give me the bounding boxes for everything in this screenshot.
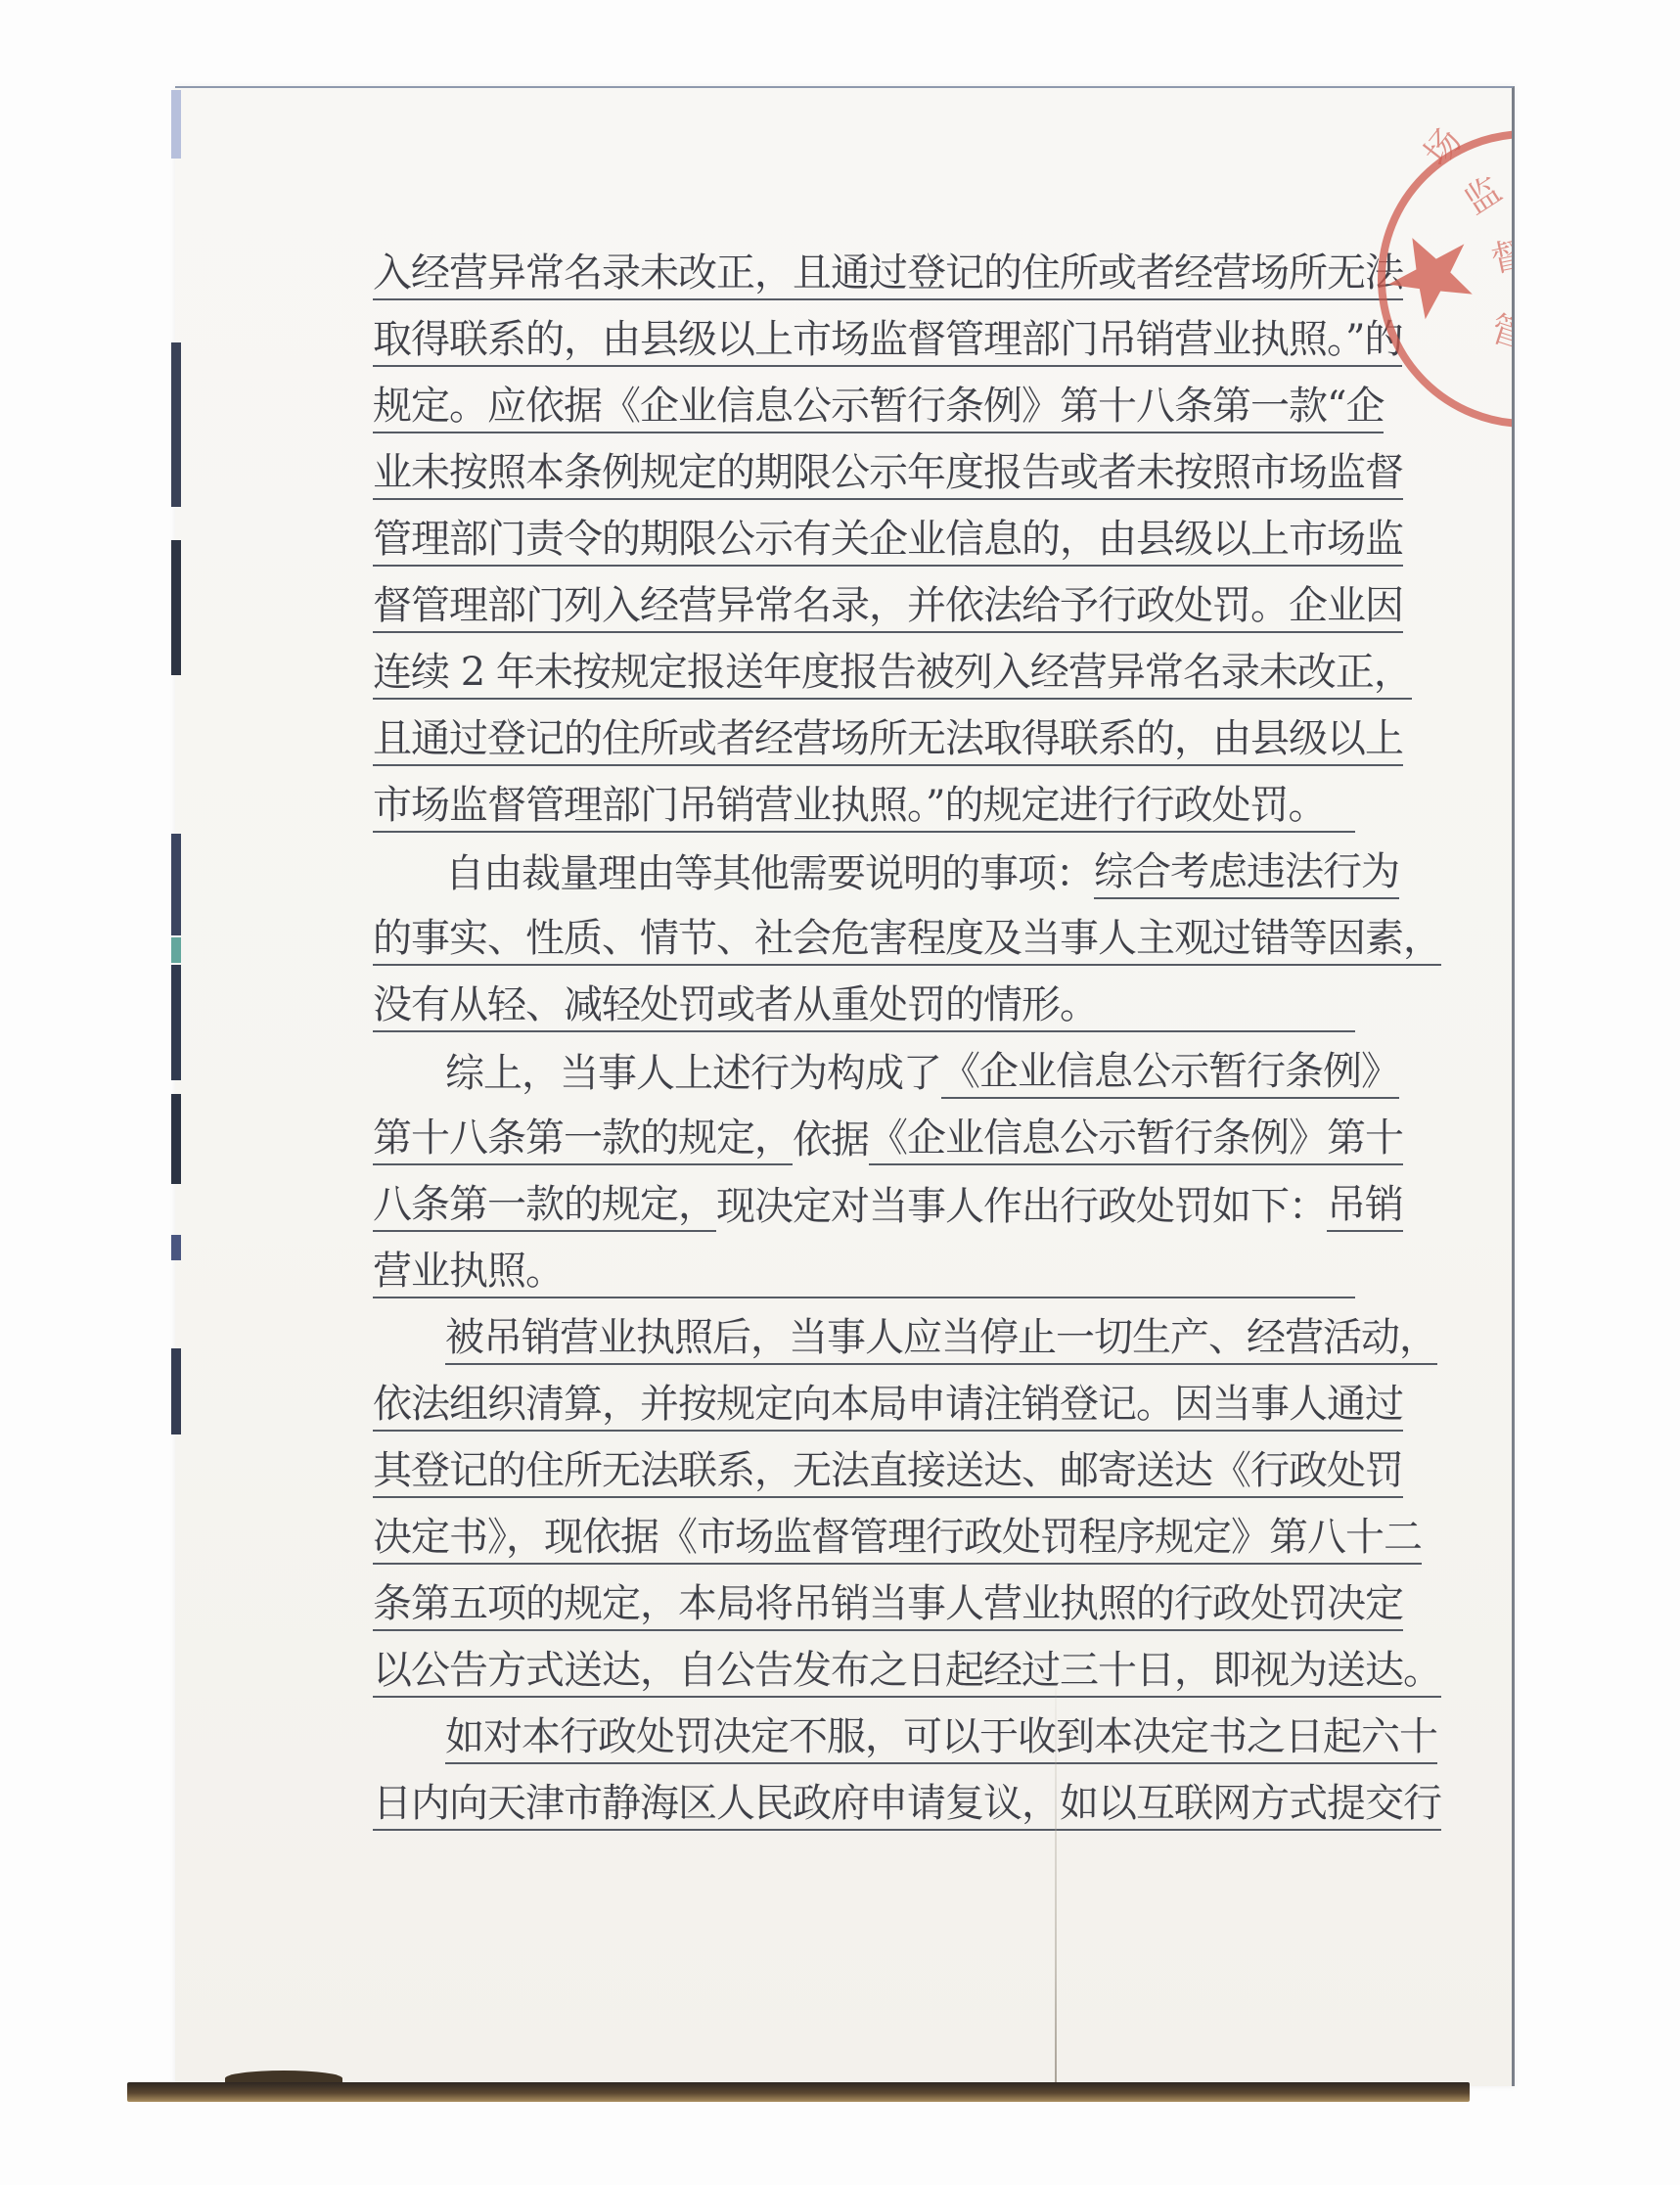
text-segment: 第十八条第一款的规定， bbox=[373, 1118, 793, 1165]
text-line: 的事实、性质、情节、社会危害程度及当事人主观过错等因素， bbox=[373, 899, 1355, 966]
text-line: 以公告方式送达，自公告发布之日起经过三十日，即视为送达。 bbox=[373, 1631, 1355, 1698]
text-segment: 依据 bbox=[793, 1120, 869, 1165]
text-segment: 入经营异常名录未改正，且通过登记的住所或者经营场所无法 bbox=[373, 253, 1403, 300]
text-line: 八条第一款的规定，现决定对当事人作出行政处罚如下：吊销 bbox=[373, 1165, 1355, 1232]
text-line: 第十八条第一款的规定，依据《企业信息公示暂行条例》第十 bbox=[373, 1099, 1355, 1165]
text-segment: 吊销 bbox=[1327, 1185, 1403, 1232]
paper-crease bbox=[1055, 1654, 1057, 2084]
text-segment: 决定书》，现依据《市场监督管理行政处罚程序规定》第八十二 bbox=[373, 1518, 1422, 1565]
text-line: 业未按照本条例规定的期限公示年度报告或者未按照市场监督 bbox=[373, 433, 1355, 500]
text-segment: 现决定对当事人作出行政处罚如下： bbox=[716, 1187, 1327, 1232]
official-red-seal: 场 监 督 管 bbox=[1339, 108, 1515, 440]
text-line: 综上，当事人上述行为构成了《企业信息公示暂行条例》 bbox=[373, 1032, 1355, 1099]
document-body: 入经营异常名录未改正，且通过登记的住所或者经营场所无法取得联系的，由县级以上市场… bbox=[373, 234, 1355, 1831]
seal-char: 督 bbox=[1487, 234, 1515, 281]
text-line: 没有从轻、减轻处罚或者从重处罚的情形。 bbox=[373, 966, 1355, 1032]
text-segment: 日内向天津市静海区人民政府申请复议，如以互联网方式提交行 bbox=[373, 1784, 1441, 1831]
seal-char: 场 bbox=[1417, 121, 1470, 174]
scan-edge-artifact bbox=[171, 965, 181, 1080]
text-segment: 八条第一款的规定， bbox=[373, 1185, 716, 1232]
scan-edge-artifact bbox=[171, 1094, 181, 1184]
text-line: 规定。应依据《企业信息公示暂行条例》第十八条第一款“企 bbox=[373, 367, 1355, 433]
underline-extension bbox=[1326, 821, 1355, 833]
text-line: 连续 2 年未按规定报送年度报告被列入经营异常名录未改正， bbox=[373, 633, 1355, 700]
text-segment: 如对本行政处罚决定不服，可以于收到本决定书之日起六十 bbox=[445, 1717, 1437, 1764]
underline-extension bbox=[1098, 1021, 1355, 1032]
scanned-document-photo: { "document": { "description_label": "行政… bbox=[0, 0, 1680, 2185]
scan-edge-artifact bbox=[171, 1235, 181, 1260]
text-segment: 条第五项的规定，本局将吊销当事人营业执照的行政处罚决定 bbox=[373, 1584, 1403, 1631]
text-segment: 《企业信息公示暂行条例》 bbox=[941, 1052, 1399, 1099]
text-line: 取得联系的，由县级以上市场监督管理部门吊销营业执照。”的 bbox=[373, 300, 1355, 367]
text-segment: 连续 2 年未按规定报送年度报告被列入经营异常名录未改正， bbox=[373, 653, 1412, 700]
text-segment: 管理部门责令的期限公示有关企业信息的，由县级以上市场监 bbox=[373, 520, 1403, 567]
text-segment: 市场监督管理部门吊销营业执照。”的规定进行行政处罚。 bbox=[373, 786, 1326, 833]
text-segment: 督管理部门列入经营异常名录，并依法给予行政处罚。企业因 bbox=[373, 586, 1403, 633]
text-segment: 规定。应依据《企业信息公示暂行条例》第十八条第一款“企 bbox=[373, 387, 1384, 433]
text-segment: 被吊销营业执照后，当事人应当停止一切生产、经营活动， bbox=[445, 1318, 1437, 1365]
text-segment: 自由裁量理由等其他需要说明的事项： bbox=[445, 854, 1094, 899]
seal-char: 监 bbox=[1458, 170, 1510, 223]
text-segment: 其登记的住所无法联系，无法直接送达、邮寄送达《行政处罚 bbox=[373, 1451, 1403, 1498]
text-line: 营业执照。 bbox=[373, 1232, 1355, 1298]
text-line: 且通过登记的住所或者经营场所无法取得联系的，由县级以上 bbox=[373, 700, 1355, 766]
text-segment: 以公告方式送达，自公告发布之日起经过三十日，即视为送达。 bbox=[373, 1651, 1441, 1698]
underline-extension bbox=[564, 1287, 1355, 1298]
text-line: 其登记的住所无法联系，无法直接送达、邮寄送达《行政处罚 bbox=[373, 1432, 1355, 1498]
text-segment: 营业执照。 bbox=[373, 1252, 564, 1298]
text-segment: 综上，当事人上述行为构成了 bbox=[445, 1054, 941, 1099]
scan-edge-artifact bbox=[171, 90, 181, 159]
text-segment: 《企业信息公示暂行条例》第十 bbox=[869, 1118, 1403, 1165]
scan-edge-artifact bbox=[171, 834, 181, 935]
text-segment: 综合考虑违法行为 bbox=[1094, 852, 1399, 899]
text-segment: 取得联系的，由县级以上市场监督管理部门吊销营业执照。”的 bbox=[373, 320, 1402, 367]
text-line: 日内向天津市静海区人民政府申请复议，如以互联网方式提交行 bbox=[373, 1764, 1355, 1831]
scan-edge-artifact bbox=[171, 540, 181, 675]
scan-edge-artifact bbox=[171, 1348, 181, 1434]
text-segment: 没有从轻、减轻处罚或者从重处罚的情形。 bbox=[373, 985, 1098, 1032]
text-line: 被吊销营业执照后，当事人应当停止一切生产、经营活动， bbox=[373, 1298, 1355, 1365]
text-segment: 且通过登记的住所或者经营场所无法取得联系的，由县级以上 bbox=[373, 719, 1403, 766]
text-line: 条第五项的规定，本局将吊销当事人营业执照的行政处罚决定 bbox=[373, 1565, 1355, 1631]
text-segment: 的事实、性质、情节、社会危害程度及当事人主观过错等因素， bbox=[373, 919, 1441, 966]
text-line: 管理部门责令的期限公示有关企业信息的，由县级以上市场监 bbox=[373, 500, 1355, 567]
text-line: 决定书》，现依据《市场监督管理行政处罚程序规定》第八十二 bbox=[373, 1498, 1355, 1565]
text-line: 入经营异常名录未改正，且通过登记的住所或者经营场所无法 bbox=[373, 234, 1355, 300]
text-line: 自由裁量理由等其他需要说明的事项：综合考虑违法行为 bbox=[373, 833, 1355, 899]
document-paper: 场 监 督 管 入经营异常名录未改正，且通过登记的住所或者经营场所无法取得联系的… bbox=[175, 86, 1515, 2086]
text-line: 督管理部门列入经营异常名录，并依法给予行政处罚。企业因 bbox=[373, 567, 1355, 633]
scan-edge-artifact bbox=[171, 342, 181, 507]
text-segment: 业未按照本条例规定的期限公示年度报告或者未按照市场监督 bbox=[373, 453, 1403, 500]
text-line: 依法组织清算，并按规定向本局申请注销登记。因当事人通过 bbox=[373, 1365, 1355, 1432]
text-segment: 依法组织清算，并按规定向本局申请注销登记。因当事人通过 bbox=[373, 1385, 1403, 1432]
text-line: 市场监督管理部门吊销营业执照。”的规定进行行政处罚。 bbox=[373, 766, 1355, 833]
text-line: 如对本行政处罚决定不服，可以于收到本决定书之日起六十 bbox=[373, 1698, 1355, 1764]
seal-char: 管 bbox=[1485, 309, 1515, 358]
desk-edge bbox=[127, 2082, 1470, 2102]
scan-edge-artifact bbox=[171, 937, 181, 963]
